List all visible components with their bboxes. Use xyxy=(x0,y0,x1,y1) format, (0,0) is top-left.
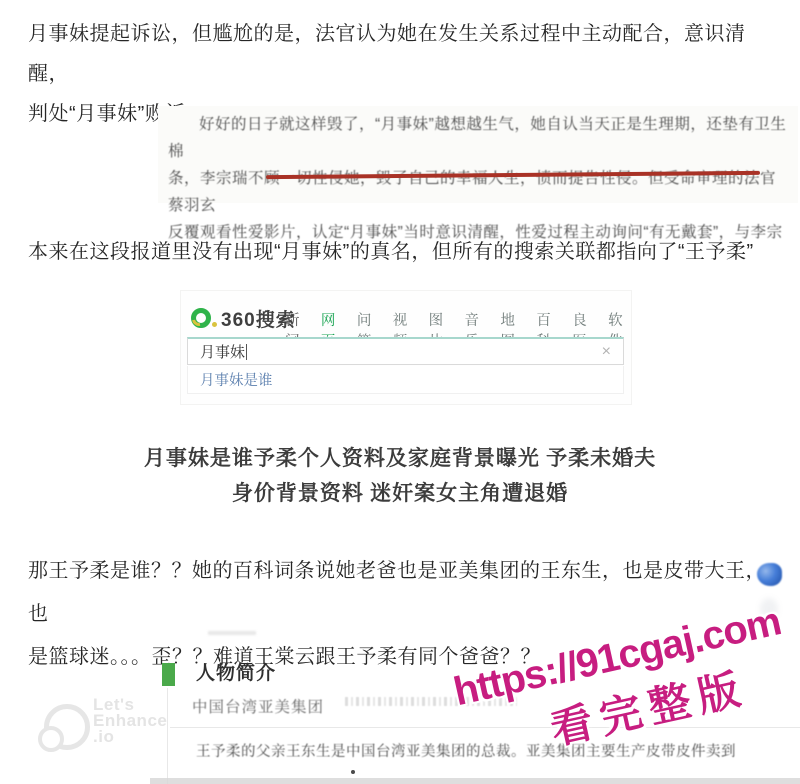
baike-section-title: 人物简介 xyxy=(196,658,276,685)
search-suggestion-dropdown: 月事妹是谁 xyxy=(187,366,624,394)
screenshot-bottom-edge xyxy=(150,778,800,784)
tiny-dot xyxy=(351,770,355,774)
360-logo-dot-icon xyxy=(212,322,217,327)
section-accent-bar xyxy=(162,663,175,686)
news-clip-line-1: 好好的日子就这样毁了，“月事妹”越想越生气，她自认当天正是生理期，还垫有卫生棉 xyxy=(168,111,790,165)
text-cursor xyxy=(246,344,247,360)
result-line-1: 月事妹是谁予柔个人资料及家庭背景曝光 予柔未婚夫 xyxy=(0,441,800,476)
suggestion-item[interactable]: 月事妹是谁 xyxy=(200,369,273,390)
paragraph-1-line-1: 月事妹提起诉讼，但尴尬的是，法官认为她在发生关系过程中主动配合，意识清醒， xyxy=(28,14,778,94)
result-line-2: 身价背景资料 迷奸案女主角遭退婚 xyxy=(0,476,800,511)
news-clip-text: 好好的日子就这样毁了，“月事妹”越想越生气，她自认当天正是生理期，还垫有卫生棉 … xyxy=(168,111,790,246)
faint-smudge xyxy=(208,631,256,635)
enhance-watermark-line-3: .io xyxy=(93,729,167,745)
360-logo-icon xyxy=(191,308,211,328)
baike-subtitle: 中国台湾亚美集团 xyxy=(192,695,324,717)
360-search-screenshot: 360搜索 新闻 网页 问答 视频 图片 音乐 地图 百科 良医 软件 月事妹 … xyxy=(180,290,632,405)
clear-icon[interactable]: × xyxy=(602,343,611,361)
blue-blob-sticker xyxy=(757,563,782,586)
search-result-headline: 月事妹是谁予柔个人资料及家庭背景曝光 予柔未婚夫 身价背景资料 迷奸案女主角遭退… xyxy=(0,441,800,511)
enhance-watermark: Let's Enhance .io xyxy=(93,697,167,745)
enhance-logo-small-circle-icon xyxy=(38,726,64,752)
news-article-screenshot: 好好的日子就这样毁了，“月事妹”越想越生气，她自认当天正是生理期，还垫有卫生棉 … xyxy=(158,106,798,203)
search-query-text: 月事妹 xyxy=(200,341,245,362)
search-input[interactable]: 月事妹 × xyxy=(187,337,624,365)
paragraph-2: 本来在这段报道里没有出现“月事妹”的真名，但所有的搜索关联都指向了“王予柔” xyxy=(28,232,788,272)
search-header: 360搜索 xyxy=(191,305,296,331)
